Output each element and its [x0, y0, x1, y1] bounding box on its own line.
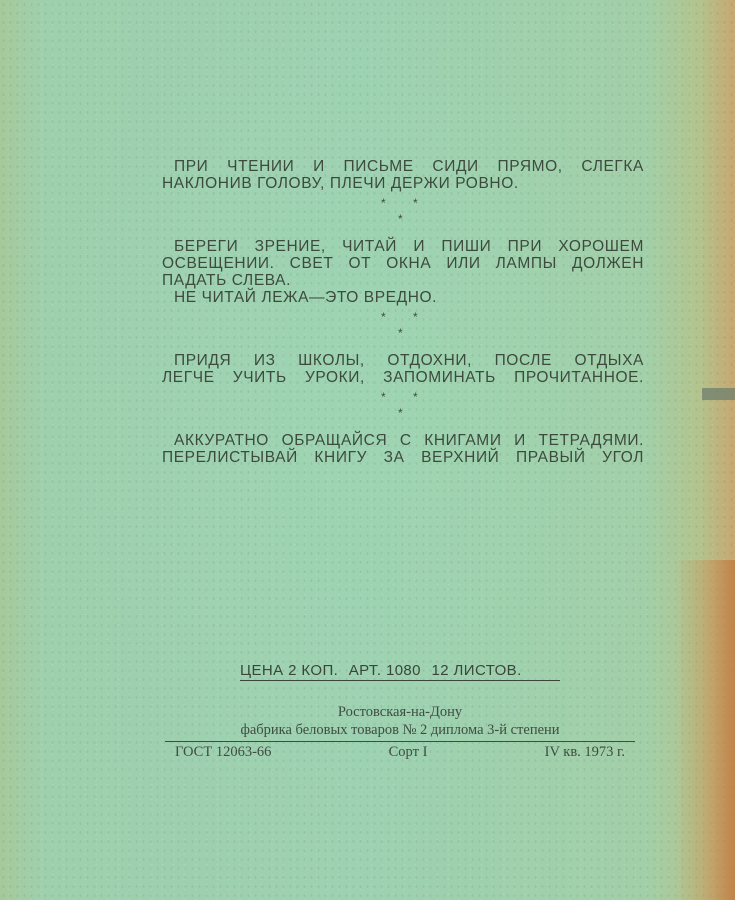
star-icon: *: [381, 196, 386, 210]
manufacturer: Ростовская-на-Дону фабрика беловых товар…: [165, 703, 635, 742]
star-icon: *: [413, 390, 418, 404]
star-separator: * * *: [162, 192, 644, 238]
factory-city: Ростовская-на-Дону: [165, 703, 635, 721]
article-number: АРТ. 1080: [349, 662, 421, 679]
rule-line: ОСВЕЩЕНИИ. СВЕТ ОТ ОКНА ИЛИ ЛАМПЫ ДОЛЖЕН: [162, 255, 644, 272]
rule-line: НАКЛОНИВ ГОЛОВУ, ПЛЕЧИ ДЕРЖИ РОВНО.: [162, 175, 644, 192]
rule-line: ПРИДЯ ИЗ ШКОЛЫ, ОТДОХНИ, ПОСЛЕ ОТДЫХА: [162, 352, 644, 369]
star-separator: * * *: [162, 306, 644, 352]
rule-line: ЛЕГЧЕ УЧИТЬ УРОКИ, ЗАПОМИНАТЬ ПРОЧИТАННО…: [162, 369, 644, 386]
star-icon: *: [398, 212, 403, 226]
edge-mark: [702, 388, 735, 400]
sheet-count: 12 ЛИСТОВ.: [432, 662, 522, 679]
price-line: ЦЕНА 2 КОП. АРТ. 1080 12 ЛИСТОВ.: [240, 662, 560, 681]
rule-line: НЕ ЧИТАЙ ЛЕЖА—ЭТО ВРЕДНО.: [162, 289, 644, 306]
rule-line: БЕРЕГИ ЗРЕНИЕ, ЧИТАЙ И ПИШИ ПРИ ХОРОШЕМ: [162, 238, 644, 255]
production-date: IV кв. 1973 г.: [545, 744, 625, 761]
star-icon: *: [413, 310, 418, 324]
price: ЦЕНА 2 КОП.: [240, 662, 338, 679]
rule-posture: ПРИ ЧТЕНИИ И ПИСЬМЕ СИДИ ПРЯМО, СЛЕГКА Н…: [162, 158, 644, 192]
star-icon: *: [398, 326, 403, 340]
rule-line: ПЕРЕЛИСТЫВАЙ КНИГУ ЗА ВЕРХНИЙ ПРАВЫЙ УГО…: [162, 449, 644, 466]
rule-line: ПАДАТЬ СЛЕВА.: [162, 272, 644, 289]
rule-rest: ПРИДЯ ИЗ ШКОЛЫ, ОТДОХНИ, ПОСЛЕ ОТДЫХА ЛЕ…: [162, 352, 644, 386]
star-icon: *: [381, 310, 386, 324]
standards-row: ГОСТ 12063-66 Сорт I IV кв. 1973 г.: [175, 744, 625, 761]
star-icon: *: [398, 406, 403, 420]
school-rules: ПРИ ЧТЕНИИ И ПИСЬМЕ СИДИ ПРЯМО, СЛЕГКА Н…: [162, 158, 644, 466]
gost-standard: ГОСТ 12063-66: [175, 744, 271, 761]
star-icon: *: [413, 196, 418, 210]
factory-name: фабрика беловых товаров № 2 диплома 3-й …: [165, 721, 635, 742]
star-icon: *: [381, 390, 386, 404]
grade: Сорт I: [389, 744, 428, 761]
notebook-back-cover: ПРИ ЧТЕНИИ И ПИСЬМЕ СИДИ ПРЯМО, СЛЕГКА Н…: [0, 0, 735, 900]
rule-eyesight: БЕРЕГИ ЗРЕНИЕ, ЧИТАЙ И ПИШИ ПРИ ХОРОШЕМ …: [162, 238, 644, 306]
rule-line: ПРИ ЧТЕНИИ И ПИСЬМЕ СИДИ ПРЯМО, СЛЕГКА: [162, 158, 644, 175]
rule-line: АККУРАТНО ОБРАЩАЙСЯ С КНИГАМИ И ТЕТРАДЯМ…: [162, 432, 644, 449]
rule-books: АККУРАТНО ОБРАЩАЙСЯ С КНИГАМИ И ТЕТРАДЯМ…: [162, 432, 644, 466]
star-separator: * * *: [162, 386, 644, 432]
